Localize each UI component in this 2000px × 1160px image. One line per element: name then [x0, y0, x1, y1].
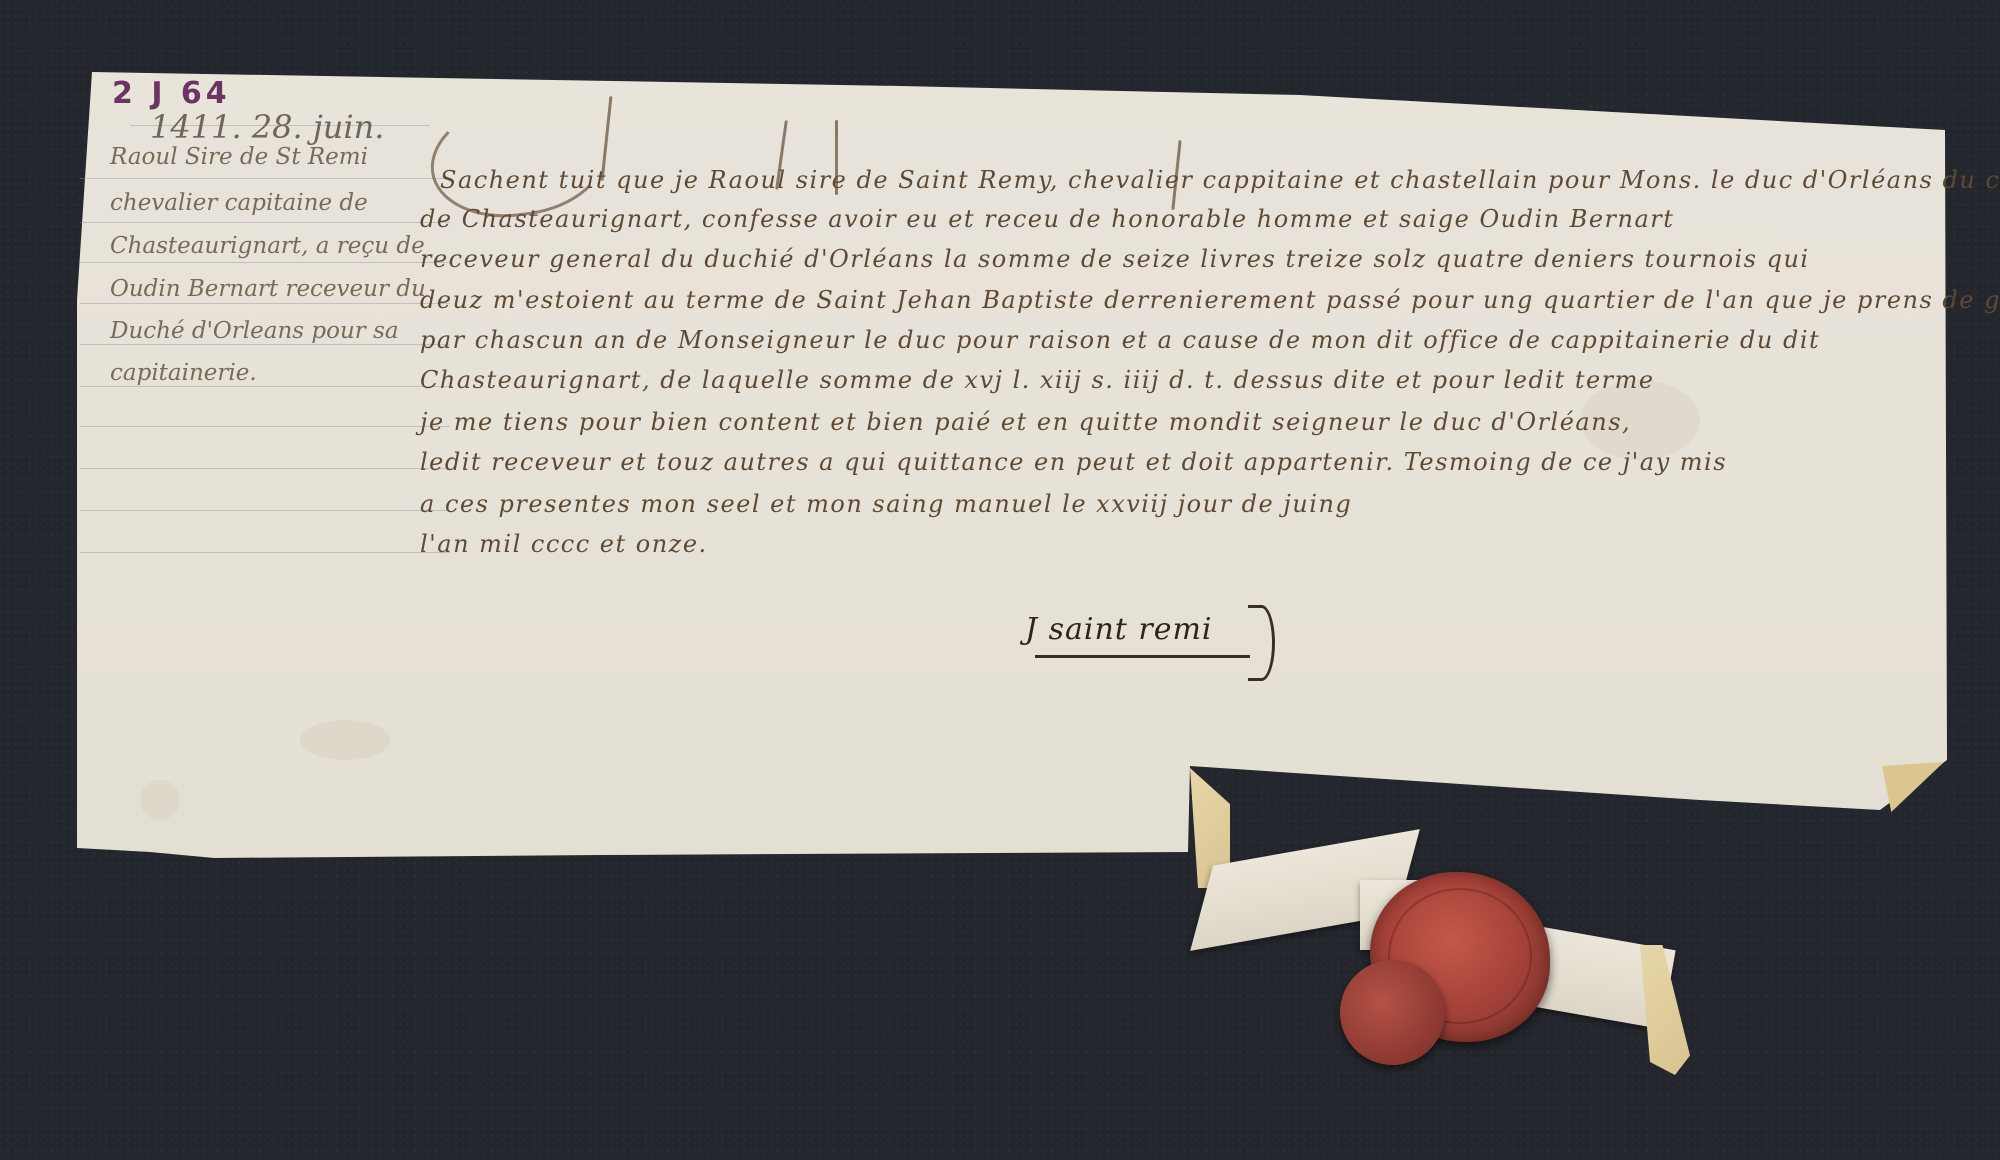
charter-line: receveur general du duchié d'Orléans la … — [420, 245, 1810, 273]
margin-note-line: Oudin Bernart receveur du — [110, 276, 426, 302]
stain — [300, 720, 390, 760]
charter-line: deuz m'estoient au terme de Saint Jehan … — [420, 286, 2000, 314]
margin-note-line: Duché d'Orleans pour sa — [110, 318, 399, 344]
stain — [140, 780, 180, 820]
charter-line: ledit receveur et touz autres a qui quit… — [420, 448, 1727, 476]
ruled-line — [80, 178, 450, 179]
wax-seal-fragment — [1340, 960, 1445, 1065]
ruled-line — [80, 222, 450, 223]
ruled-line — [80, 303, 450, 304]
margin-note-date: 1411. 28. juin. — [150, 108, 384, 146]
ruled-line — [80, 386, 450, 387]
charter-line: par chascun an de Monseigneur le duc pou… — [420, 326, 1820, 354]
charter-line: de Chasteaurignart, confesse avoir eu et… — [420, 205, 1674, 233]
signature-flourish — [1248, 605, 1275, 681]
margin-note-line: chevalier capitaine de — [110, 190, 368, 216]
archive-reference: 2 J 64 — [112, 76, 231, 111]
signature-underline — [1035, 655, 1250, 658]
charter-line: Chasteaurignart, de laquelle somme de xv… — [420, 366, 1655, 394]
margin-note-line: capitainerie. — [110, 360, 257, 386]
ruled-line — [80, 468, 450, 469]
margin-note-line: Chasteaurignart, a reçu de — [110, 233, 425, 259]
ruled-line — [80, 552, 450, 553]
ruled-line — [80, 344, 450, 345]
margin-note-line: Raoul Sire de St Remi — [110, 144, 368, 170]
charter-line: l'an mil cccc et onze. — [420, 530, 708, 558]
ruled-line — [80, 262, 450, 263]
charter-line: a ces presentes mon seel et mon saing ma… — [420, 490, 1352, 518]
ruled-line — [80, 510, 450, 511]
signature: J saint remi — [1025, 612, 1213, 647]
charter-line: Sachent tuit que je Raoul sire de Saint … — [440, 166, 1920, 194]
ruled-line — [80, 426, 450, 427]
charter-line: je me tiens pour bien content et bien pa… — [420, 408, 1631, 436]
